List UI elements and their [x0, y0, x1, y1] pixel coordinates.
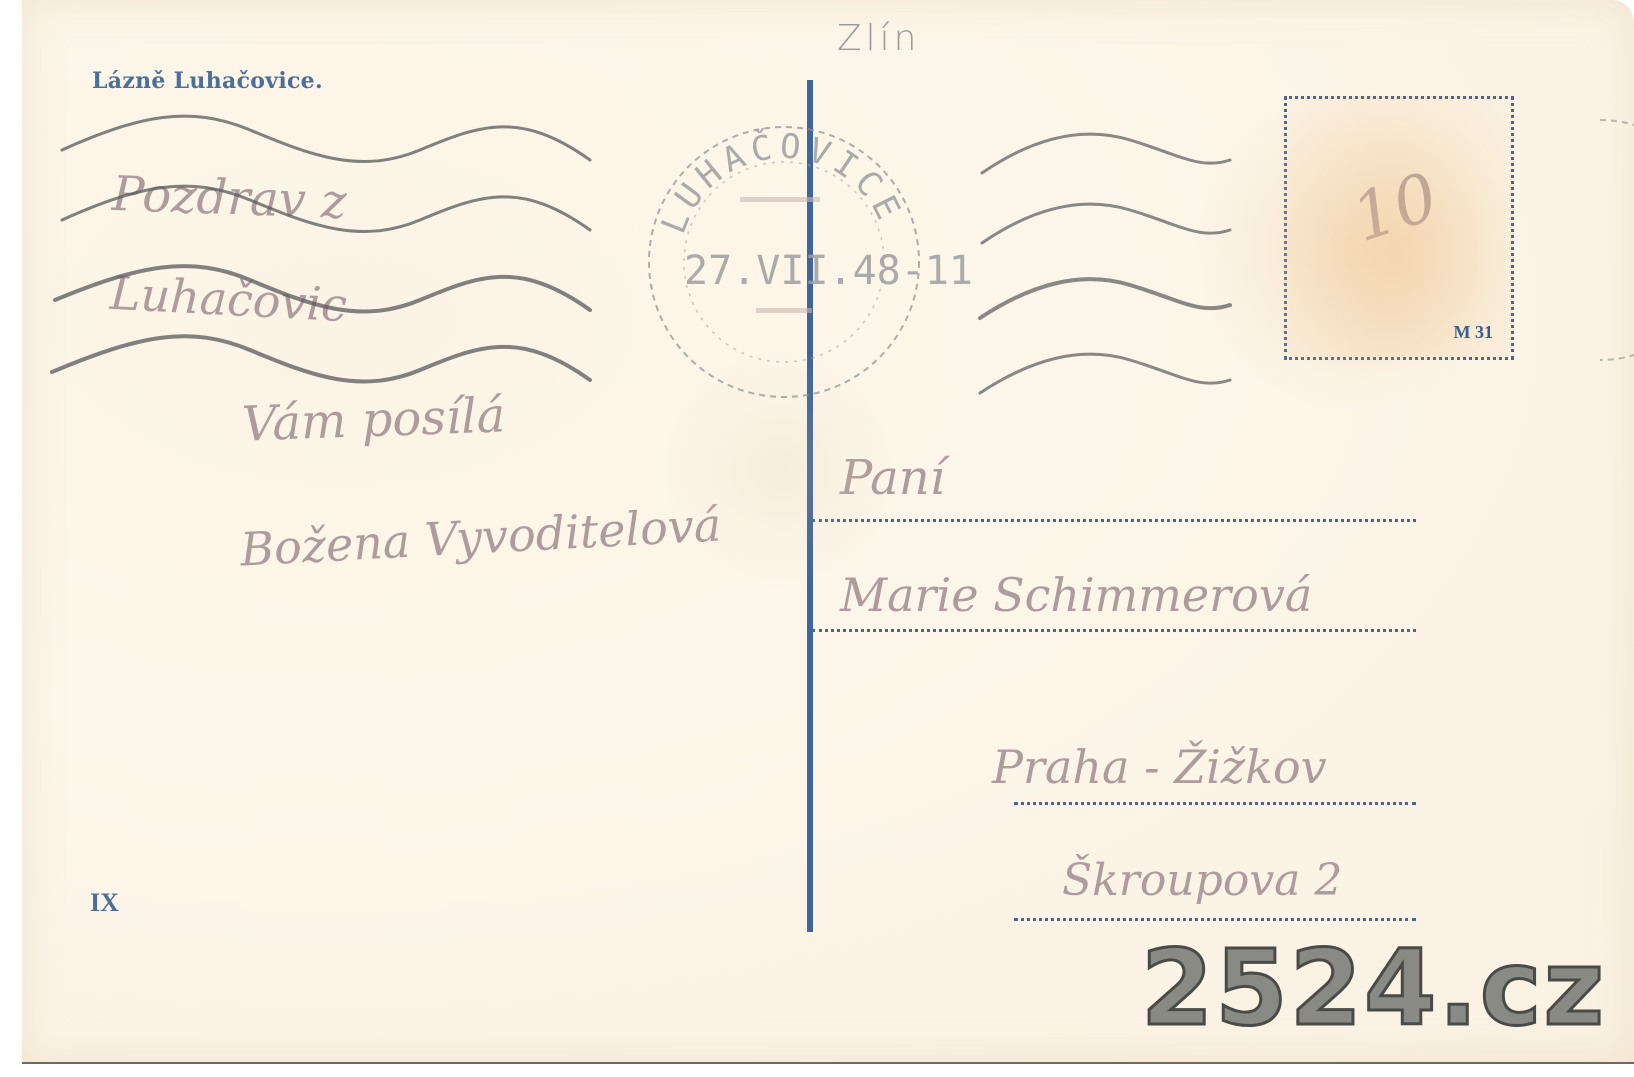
cancellation-marks: LUHAČOVICE 27.VII.48-11	[0, 0, 1634, 1077]
svg-text:LUHAČOVICE: LUHAČOVICE	[654, 126, 911, 239]
postmark-date: 27.VII.48-11	[684, 248, 973, 294]
wavy-cancel-lines-left	[52, 116, 590, 381]
watermark: 2524.cz	[1141, 927, 1606, 1049]
partial-postmark-right	[1600, 120, 1634, 360]
wavy-cancel-lines-right	[980, 134, 1230, 393]
postmark-town: LUHAČOVICE	[654, 126, 911, 239]
postmark: LUHAČOVICE 27.VII.48-11	[649, 126, 973, 397]
